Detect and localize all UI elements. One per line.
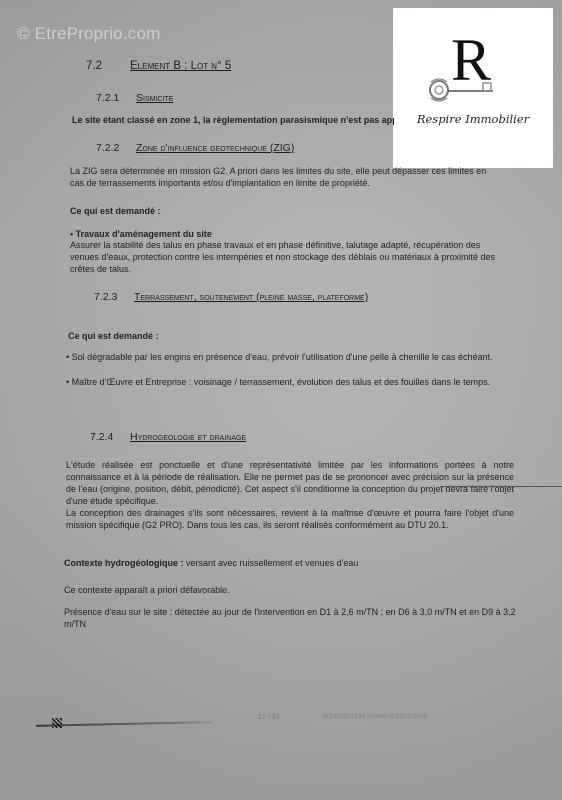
zig-text: La ZIG sera déterminée en mission G2. A … bbox=[70, 165, 502, 189]
heading-sismicite: 7.2.1Sismicite bbox=[96, 92, 173, 104]
footer-rule bbox=[36, 721, 212, 727]
logo-brand-name: Respire Immobilier bbox=[393, 112, 553, 126]
watermark: © EtreProprio.com bbox=[17, 24, 160, 44]
hydro-paragraph-1: L'étude réalisée est ponctuelle et d'une… bbox=[66, 459, 514, 507]
hydro-paragraph-2: La conception des drainages s'ils sont n… bbox=[66, 507, 514, 531]
hydro-context-note: Ce contexte apparaît a priori défavorabl… bbox=[64, 584, 230, 596]
section-heading: 7.2Element B : Lot n° 5 bbox=[86, 60, 231, 72]
page-number: 27 / 34 bbox=[258, 714, 279, 721]
zig-asked-label: Ce qui est demandé : bbox=[70, 205, 161, 217]
agency-logo: R Respire Immobilier bbox=[393, 8, 553, 168]
document-reference: AQU20201234 version A 23/11/2020 bbox=[322, 713, 427, 720]
terrassement-asked-label: Ce qui est demandé : bbox=[68, 330, 159, 342]
key-icon bbox=[427, 74, 499, 106]
terrassement-bullet: • Maître d'Œuvre et Entreprise : voisina… bbox=[66, 376, 526, 388]
heading-terrassement: 7.2.3Terrassement, soutenement (pleine m… bbox=[94, 291, 368, 303]
zig-bullet-text: Assurer la stabilité des talus en phase … bbox=[70, 239, 502, 275]
heading-zig: 7.2.2Zone d'influence geotechnique (ZIG) bbox=[96, 142, 294, 154]
scan-artifact-line bbox=[440, 486, 562, 487]
sismicite-text: Le site étant classé en zone 1, la règle… bbox=[72, 114, 394, 126]
hydro-context: Contexte hydrogéologique : versant avec … bbox=[64, 557, 358, 569]
water-presence: Présence d'eau sur le site : détectée au… bbox=[64, 606, 534, 630]
heading-hydrogeologie: 7.2.4Hydrogeologie et drainage bbox=[90, 431, 246, 443]
terrassement-bullet: • Sol dégradable par les engins en prése… bbox=[66, 351, 526, 363]
footer-logo-mark bbox=[52, 718, 62, 728]
